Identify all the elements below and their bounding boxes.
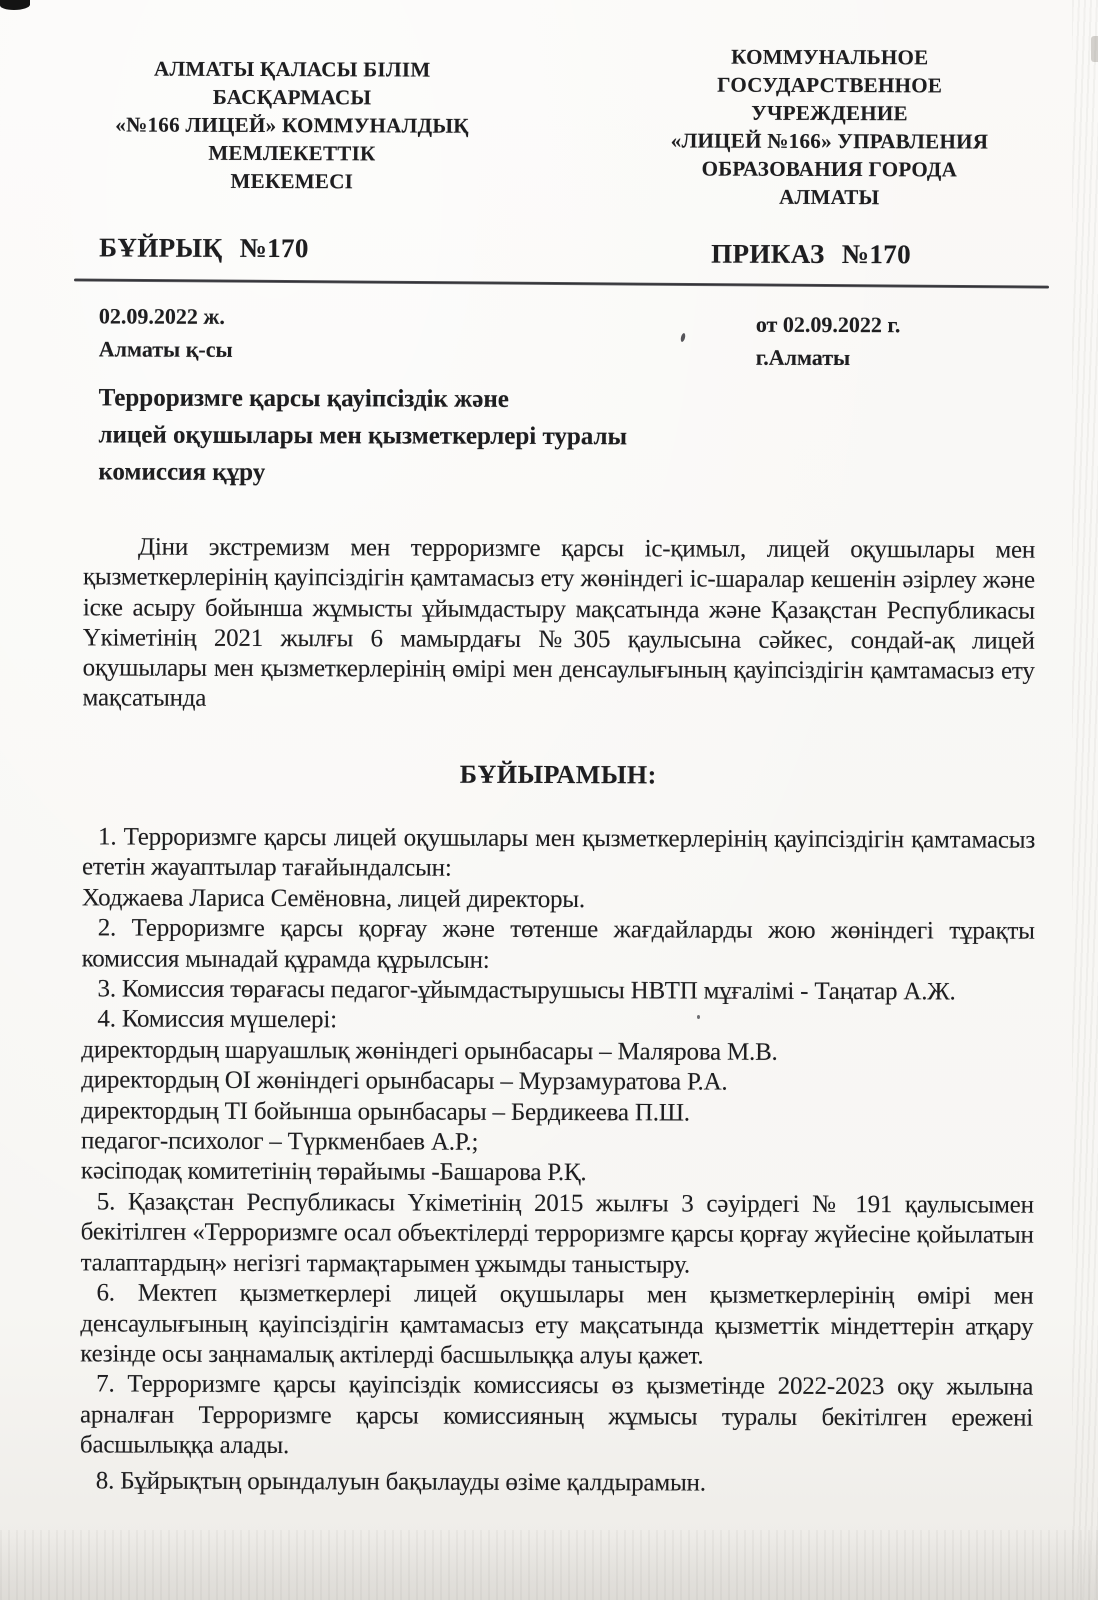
commission-member-5: кәсіподақ комитетінің төрайымы -Башарова… [81,1157,1034,1191]
order-item-1: 1. Терроризмге қарсы лицей оқушылары мен… [82,822,1035,886]
scanned-order-document: АЛМАТЫ ҚАЛАСЫ БІЛІМ БАСҚАРМАСЫ «№166 ЛИЦ… [0,0,1098,1600]
intro-paragraph: Діни экстремизм мен терроризмге қарсы іс… [83,532,1036,717]
order-item-7: 7. Терроризмге қарсы қауіпсіздік комисси… [80,1370,1033,1465]
order-item-6: 6. Мектеп қызметкерлері лицей оқушылары … [80,1278,1033,1373]
order-item-2: 2. Терроризмге қарсы қорғау және төтенше… [82,914,1035,978]
commission-member-3: директордың ТІ бойынша орынбасары – Берд… [81,1096,1034,1130]
order-item-8: 8. Бұйрықтың орындалуын бақылауды өзіме … [80,1466,1033,1500]
commission-member-1: директордың шаруашлық жөніндегі орынбаса… [81,1035,1034,1069]
resolution-heading: БҰЙЫРАМЫН: [82,758,1034,791]
dateline-russian: от 02.09.2022 г. г.Алматы [756,308,901,375]
order-items-list: 1. Терроризмге қарсы лицей оқушылары мен… [80,822,1035,1499]
document-content: АЛМАТЫ ҚАЛАСЫ БІЛІМ БАСҚАРМАСЫ «№166 ЛИЦ… [0,0,1098,1600]
dateline-kazakh: 02.09.2022 ж. Алматы қ-сы [99,299,233,365]
org-name-russian: КОММУНАЛЬНОЕ ГОСУДАРСТВЕННОЕ УЧРЕЖДЕНИЕ … [617,42,1042,211]
order-number-kazakh: БҰЙРЫҚ №170 [99,232,309,264]
commission-member-4: педагог-психолог – Түркменбаев А.Р.; [81,1126,1034,1160]
subject-title: Терроризмге қарсы қауіпсіздік және лицей… [98,379,858,493]
order-item-5: 5. Қазақстан Республикасы Үкіметінің 201… [81,1187,1034,1282]
order-item-3: 3. Комиссия төрағасы педагог-ұйымдастыру… [81,974,1034,1008]
order-item-responsible: Ходжаева Лариса Семёновна, лицей директо… [82,883,1035,917]
order-item-4: 4. Комиссия мүшелері: [81,1005,1034,1039]
org-name-kazakh: АЛМАТЫ ҚАЛАСЫ БІЛІМ БАСҚАРМАСЫ «№166 ЛИЦ… [94,54,489,195]
commission-member-2: директордың ОІ жөніндегі орынбасары – Му… [81,1066,1034,1100]
separator-rule [74,278,1049,288]
order-number-russian: ПРИКАЗ №170 [711,239,911,271]
